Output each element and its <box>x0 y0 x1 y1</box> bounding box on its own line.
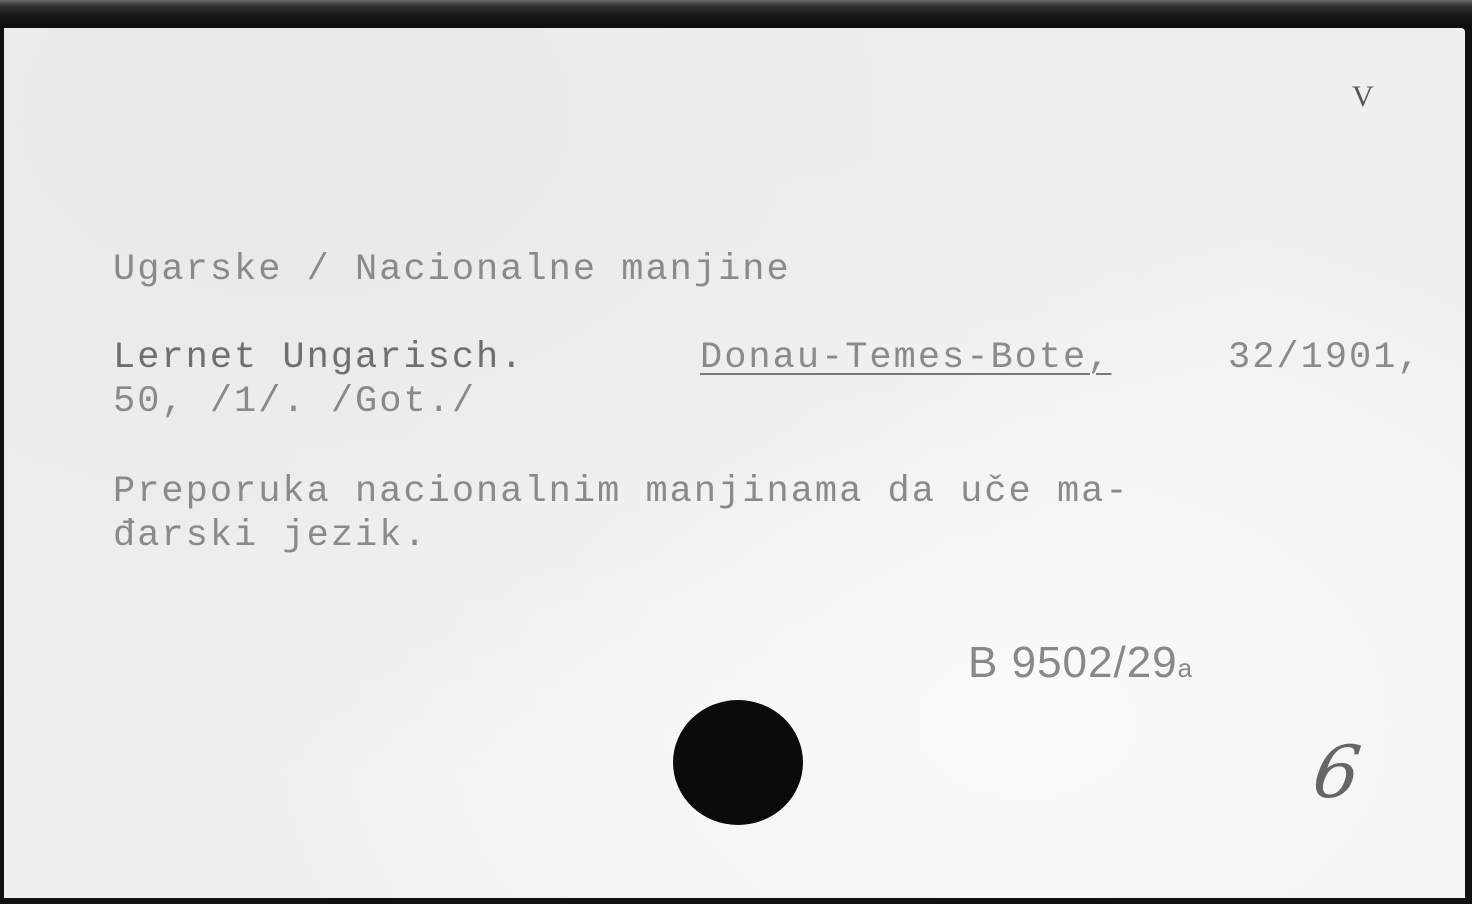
citation-source: Donau-Temes-Bote, <box>700 340 1111 377</box>
signature-code: B 9502/29a <box>968 638 1193 688</box>
punch-hole <box>673 700 803 825</box>
signature-suffix: a <box>1178 653 1193 683</box>
card-heading: Ugarske / Nacionalne manjine <box>113 252 791 289</box>
signature-prefix: B <box>968 638 998 687</box>
citation-line2: 50, /1/. /Got./ <box>113 384 476 421</box>
signature-number: 9502/29 <box>1012 638 1178 687</box>
corner-mark: V <box>1352 80 1374 114</box>
summary-line1: Preporuka nacionalnim manjinama da uče m… <box>113 474 1130 511</box>
citation-issue: 32/1901, <box>1228 340 1422 377</box>
scanner-top-band <box>0 0 1472 28</box>
summary-line2: đarski jezik. <box>113 518 428 555</box>
citation-title: Lernet Ungarisch. <box>113 340 524 377</box>
